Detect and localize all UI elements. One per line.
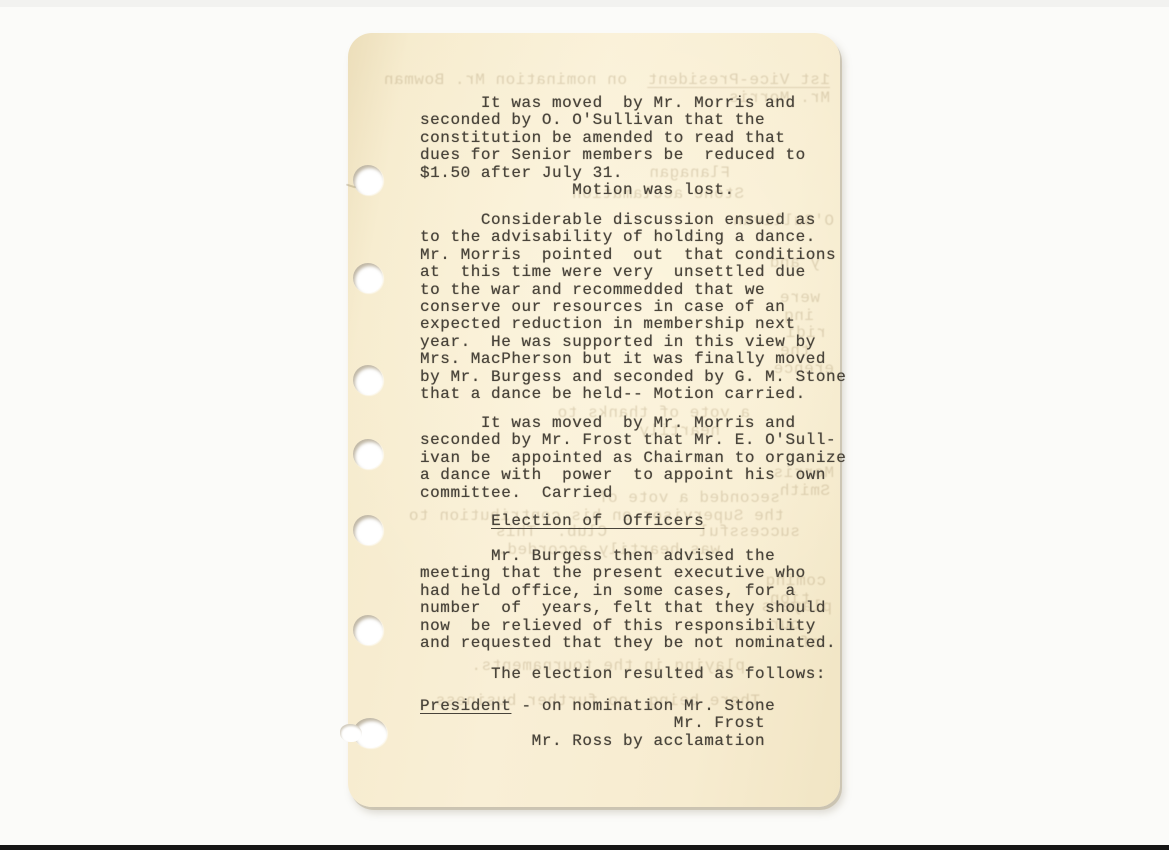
scanner-bottom-edge [0,845,1169,850]
dance-discussion-paragraph: Considerable discussion ensued as to the… [420,212,846,403]
election-result-intro: The election resulted as follows: [420,666,826,683]
typewritten-text-layer: It was moved by Mr. Morris and seconded … [348,33,840,807]
punch-hole [353,439,383,469]
president-election-result: President - on nomination Mr. Stone Mr. … [420,698,775,750]
motion-dues-paragraph: It was moved by Mr. Morris and seconded … [420,95,806,199]
executive-retirement-paragraph: Mr. Burgess then advised the meeting tha… [420,548,836,652]
punch-hole [353,515,383,545]
punch-hole [353,615,383,645]
punch-hole-torn [353,718,387,748]
election-of-officers-heading: Election of Officers [420,513,704,530]
punch-hole [353,165,383,195]
punch-hole [353,263,383,293]
dance-chairman-paragraph: It was moved by Mr. Morris and seconded … [420,415,846,502]
scanner-top-edge [0,0,1169,7]
scanned-page: 1st Vice-President on nomination Mr. Bow… [348,33,840,807]
punch-hole [353,365,383,395]
